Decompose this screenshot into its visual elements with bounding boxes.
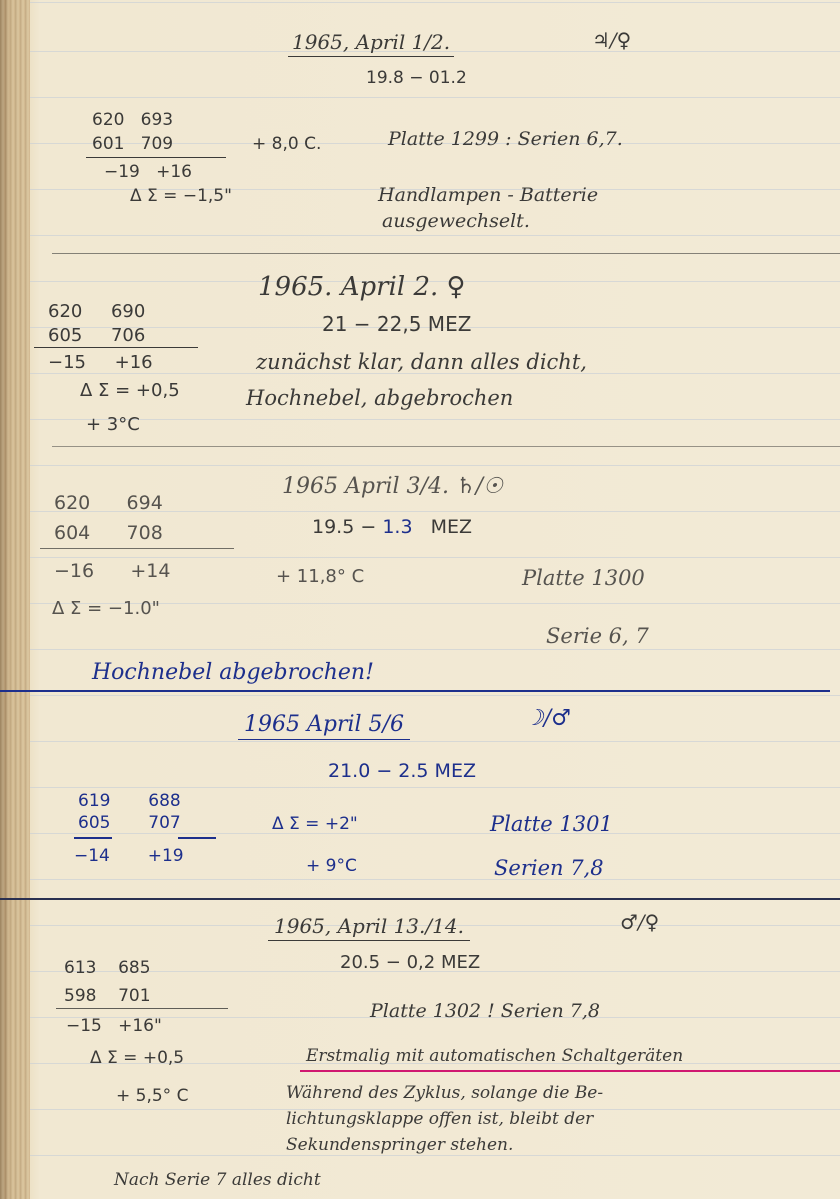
entry-3-time: 19.5 − 1.3 MEZ	[312, 516, 472, 538]
entry-3-title: 1965 April 3/4. ♄/☉	[282, 474, 503, 499]
sum-line	[40, 548, 234, 549]
entry-2-diff: −15 +16	[48, 352, 153, 373]
diff: −19	[104, 162, 140, 182]
highlight-underline	[300, 1070, 840, 1072]
paragraph-line: lichtungsklappe offen ist, bleibt der	[286, 1106, 603, 1132]
reading: 685	[118, 958, 150, 978]
entry-1-readings: 620 693 601 709	[92, 108, 173, 156]
entry-1-note: ausgewechselt.	[382, 210, 530, 232]
entry-3-diff: −16 +14	[54, 560, 170, 582]
page-edge-stack	[0, 0, 30, 1199]
entry-4-diff: −14 +19	[74, 846, 184, 866]
entry-4-note: Platte 1301	[490, 812, 613, 836]
time-start: 19.5 −	[312, 516, 376, 538]
entry-4-planet-symbol: ☽/♂	[524, 706, 571, 731]
entry-2-readings: 620 690 605 706	[48, 300, 145, 348]
diff: −14	[74, 846, 110, 866]
entry-1-note: Handlampen - Batterie	[378, 184, 598, 206]
entry-5-delta: Δ Σ = +0,5	[90, 1048, 184, 1068]
notebook-page: 1965, April 1/2. ♃/♀ 19.8 − 01.2 620 693…	[0, 0, 840, 1199]
paragraph-line: Während des Zyklus, solange die Be-	[286, 1080, 603, 1106]
entry-4-title: 1965 April 5/6	[238, 712, 410, 740]
diff: +16"	[118, 1016, 162, 1036]
entry-divider	[0, 690, 830, 692]
entry-divider	[0, 898, 840, 900]
planet-symbol: ♀	[447, 272, 466, 302]
entry-2-temperature: + 3°C	[86, 414, 140, 435]
diff: −16	[54, 560, 94, 582]
entry-5-footer: Nach Serie 7 alles dicht	[114, 1170, 321, 1190]
entry-5-highlight: Erstmalig mit automatischen Schaltgeräte…	[306, 1046, 683, 1066]
entry-5-diff: −15 +16"	[66, 1016, 162, 1036]
entry-5-paragraph: Während des Zyklus, solange die Be- lich…	[286, 1080, 603, 1158]
entry-2-delta: Δ Σ = +0,5	[80, 380, 180, 401]
reading: 709	[141, 134, 173, 154]
reading: 604	[54, 522, 90, 544]
title-text: 1965 April 3/4.	[282, 474, 449, 499]
reading: 694	[127, 492, 163, 514]
diff: +16	[156, 162, 192, 182]
reading: 620	[92, 110, 124, 130]
entry-3-readings: 620 694 604 708	[54, 488, 163, 548]
entry-3-note: Platte 1300	[522, 566, 645, 590]
reading: 706	[111, 325, 145, 346]
reading: 613	[64, 958, 96, 978]
entry-divider	[52, 253, 840, 254]
entry-3-remark: Hochnebel abgebrochen!	[92, 660, 374, 685]
entry-1-planet-symbol: ♃/♀	[592, 28, 631, 52]
title-text: 1965. April 2.	[258, 272, 438, 302]
reading: 693	[141, 110, 173, 130]
entry-3-delta: Δ Σ = −1.0"	[52, 598, 160, 619]
entry-5-temperature: + 5,5° C	[116, 1086, 188, 1106]
entry-2-note: zunächst klar, dann alles dicht,	[256, 350, 587, 374]
entry-5-planet-symbol: ♂/♀	[620, 910, 659, 934]
entry-4-time: 21.0 − 2.5 MEZ	[328, 760, 476, 782]
reading: 605	[78, 813, 110, 833]
reading: 688	[148, 791, 180, 811]
entry-3-note: Serie 6, 7	[546, 624, 649, 648]
reading: 605	[48, 325, 82, 346]
entry-2-note: Hochnebel, abgebrochen	[246, 386, 513, 410]
entry-1-title: 1965, April 1/2.	[288, 30, 454, 57]
sum-line	[34, 347, 198, 348]
diff: +19	[148, 846, 184, 866]
sum-line	[178, 837, 216, 839]
entry-2-time: 21 − 22,5 MEZ	[322, 312, 471, 336]
entry-1-note: Platte 1299 : Serien 6,7.	[388, 128, 623, 150]
entry-2-title: 1965. April 2. ♀	[258, 272, 466, 302]
diff: −15	[48, 352, 86, 373]
entry-4-readings: 619 688 605 707	[78, 790, 181, 834]
sum-line	[56, 1008, 228, 1009]
entry-1-temperature: + 8,0 C.	[252, 134, 321, 154]
reading: 620	[54, 492, 90, 514]
diff: +14	[130, 560, 170, 582]
diff: −15	[66, 1016, 102, 1036]
reading: 620	[48, 301, 82, 322]
entry-divider	[52, 446, 840, 447]
entry-4-delta: Δ Σ = +2"	[272, 814, 358, 834]
reading: 707	[148, 813, 180, 833]
entry-5-title: 1965, April 13./14.	[268, 914, 470, 941]
entry-5-readings: 613 685 598 701	[64, 954, 151, 1010]
entry-3-temperature: + 11,8° C	[276, 566, 364, 587]
time-unit: MEZ	[431, 516, 472, 538]
entry-1-delta: Δ Σ = −1,5"	[130, 186, 232, 206]
reading: 601	[92, 134, 124, 154]
entry-1-time: 19.8 − 01.2	[366, 68, 467, 88]
reading: 701	[118, 986, 150, 1006]
sum-line	[74, 837, 112, 839]
reading: 598	[64, 986, 96, 1006]
sum-line	[86, 157, 226, 158]
entry-5-note: Platte 1302 ! Serien 7,8	[370, 1000, 600, 1022]
entry-4-temperature: + 9°C	[306, 856, 357, 876]
diff: +16	[115, 352, 153, 373]
reading: 619	[78, 791, 110, 811]
entry-5-time: 20.5 − 0,2 MEZ	[340, 952, 480, 973]
planet-symbol: ♄/☉	[456, 474, 503, 499]
entry-1-diff: −19 +16	[104, 162, 192, 182]
entry-4-note: Serien 7,8	[494, 856, 604, 880]
time-end: 1.3	[382, 516, 412, 538]
reading: 690	[111, 301, 145, 322]
paragraph-line: Sekundenspringer stehen.	[286, 1132, 603, 1158]
reading: 708	[127, 522, 163, 544]
